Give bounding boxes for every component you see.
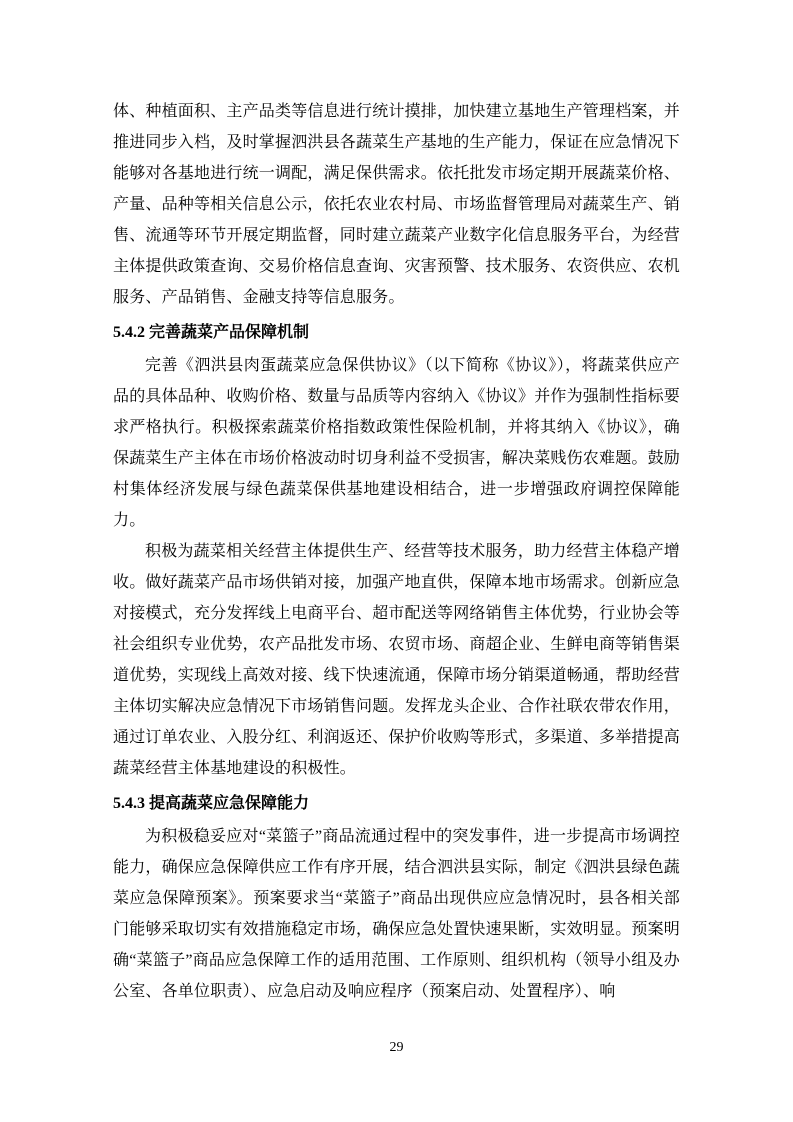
- section-5-4-2-paragraph-1: 完善《泗洪县肉蛋蔬菜应急保供协议》（以下简称《协议》），将蔬菜供应产品的具体品种…: [113, 350, 680, 536]
- page-footer: 29: [0, 1038, 793, 1056]
- paragraph-continuation: 体、种植面积、主产品类等信息进行统计摸排，加快建立基地生产管理档案，并推进同步入…: [113, 96, 680, 313]
- section-heading-5-4-3: 5.4.3 提高蔬菜应急保障能力: [113, 788, 680, 819]
- section-5-4-3-paragraph-1: 为积极稳妥应对“菜篮子”商品流通过程中的突发事件，进一步提高市场调控能力，确保应…: [113, 821, 680, 1007]
- section-heading-5-4-2: 5.4.2 完善蔬菜产品保障机制: [113, 317, 680, 348]
- section-5-4-2-paragraph-2: 积极为蔬菜相关经营主体提供生产、经营等技术服务，助力经营主体稳产增收。做好蔬菜产…: [113, 536, 680, 784]
- page-number: 29: [390, 1040, 404, 1055]
- document-body: 体、种植面积、主产品类等信息进行统计摸排，加快建立基地生产管理档案，并推进同步入…: [113, 96, 680, 1007]
- document-page: 体、种植面积、主产品类等信息进行统计摸排，加快建立基地生产管理档案，并推进同步入…: [0, 0, 793, 1122]
